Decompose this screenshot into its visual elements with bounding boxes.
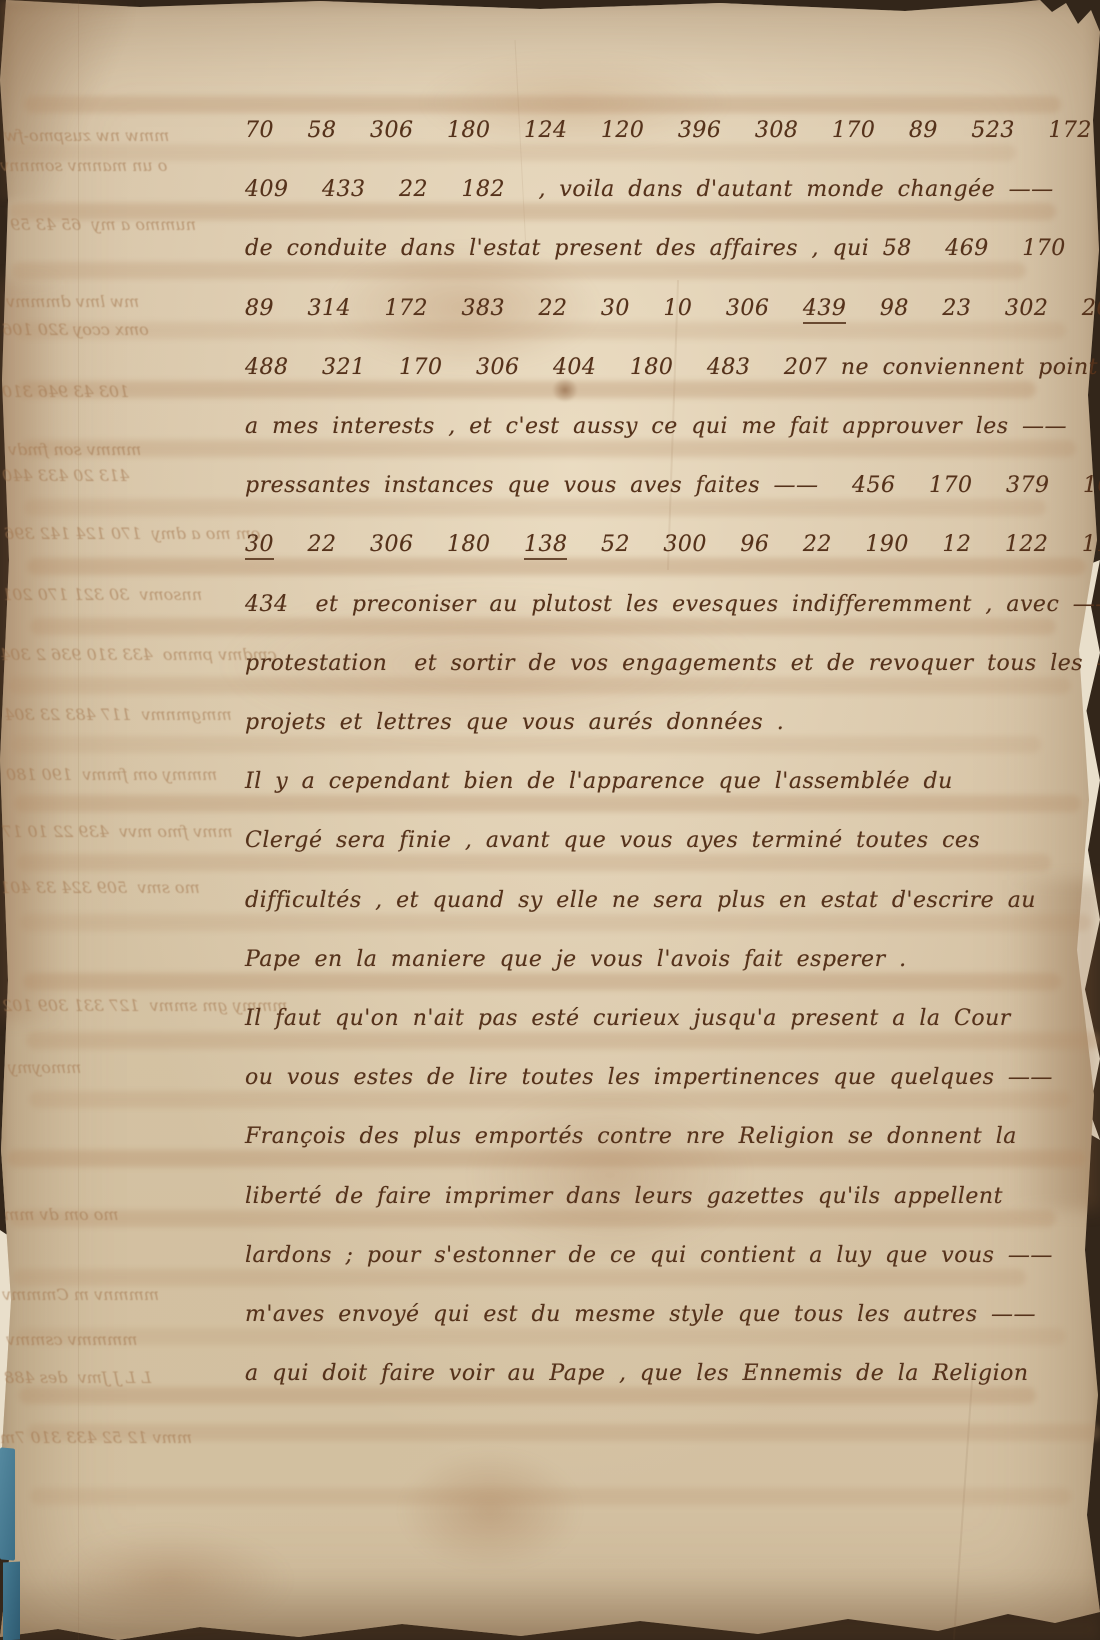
text-line: 89 314 172 383 22 30 10 306 439 98 23 30… xyxy=(245,296,1060,321)
text-segment: liberté de faire imprimer dans leurs gaz… xyxy=(245,1184,1003,1209)
text-segment: 89 314 172 383 22 30 10 306 xyxy=(245,296,803,321)
text-segment: ne conviennent point xyxy=(827,355,1098,380)
text-segment: 98 23 302 201 xyxy=(846,296,1100,321)
text-segment: 409 433 22 182 , xyxy=(245,177,546,202)
text-segment: projets et lettres que vous aurés donnée… xyxy=(245,710,784,735)
text-line: ou vous estes de lire toutes les imperti… xyxy=(245,1065,1060,1090)
text-segment: Il faut qu'on n'ait pas esté curieux jus… xyxy=(245,1006,1011,1031)
text-line: 70 58 306 180 124 120 396 308 170 89 523… xyxy=(245,118,1060,143)
text-line: a qui doit faire voir au Pape , que les … xyxy=(245,1361,1060,1386)
text-line: Pape en la maniere que je vous l'avois f… xyxy=(245,947,1060,972)
text-line: m'aves envoyé qui est du mesme style que… xyxy=(245,1302,1060,1327)
text-line: liberté de faire imprimer dans leurs gaz… xyxy=(245,1184,1060,1209)
text-segment: pressantes instances que vous aves faite… xyxy=(245,473,819,498)
text-line: projets et lettres que vous aurés donnée… xyxy=(245,710,1060,735)
text-segment: difficultés , et quand sy elle ne sera p… xyxy=(245,888,1036,913)
text-segment: 58 469 170 xyxy=(883,236,1066,261)
text-line: 434 et preconiser au plutost les evesque… xyxy=(245,592,1060,617)
text-segment: Il y a cependant bien de l'apparence que… xyxy=(245,769,953,794)
text-segment: m'aves envoyé qui est du mesme style que… xyxy=(245,1302,1036,1327)
text-segment: 488 321 170 306 404 180 483 207 xyxy=(245,355,827,380)
text-segment: voila dans d'autant monde changée —— xyxy=(546,177,1054,202)
text-segment: 434 xyxy=(245,592,289,617)
text-line: lardons ; pour s'estonner de ce qui cont… xyxy=(245,1243,1060,1268)
manuscript-scan: mmw nw zuspmo-fwo un manmv somnnvnummo a… xyxy=(0,0,1100,1640)
text-line: 409 433 22 182 , voila dans d'autant mon… xyxy=(245,177,1060,202)
text-segment: François des plus emportés contre nre Re… xyxy=(245,1124,1017,1149)
text-line: 30 22 306 180 138 52 300 96 22 190 12 12… xyxy=(245,532,1060,557)
text-segment: Clergé sera finie , avant que vous ayes … xyxy=(245,828,980,853)
text-line: pressantes instances que vous aves faite… xyxy=(245,473,1060,498)
text-line: difficultés , et quand sy elle ne sera p… xyxy=(245,888,1060,913)
text-line: protestation et sortir de vos engagement… xyxy=(245,651,1060,676)
text-segment: a qui doit faire voir au Pape , que les … xyxy=(245,1361,1029,1386)
text-line: a mes interests , et c'est aussy ce qui … xyxy=(245,414,1060,439)
text-line: Clergé sera finie , avant que vous ayes … xyxy=(245,828,1060,853)
text-line: de conduite dans l'estat present des aff… xyxy=(245,236,1060,261)
text-segment: 70 58 306 180 124 120 396 308 170 89 523… xyxy=(245,118,1100,143)
text-segment: lardons ; pour s'estonner de ce qui cont… xyxy=(245,1243,1053,1268)
text-segment: de conduite dans l'estat present des aff… xyxy=(245,236,883,261)
text-segment: 52 300 96 22 190 12 122 118 xyxy=(567,532,1100,557)
text-segment: 22 306 180 xyxy=(274,532,524,557)
text-segment: protestation et sortir de vos engagement… xyxy=(245,651,1100,676)
text-segment: 456 170 379 101 xyxy=(819,473,1100,498)
text-line: Il y a cependant bien de l'apparence que… xyxy=(245,769,1060,794)
text-line: François des plus emportés contre nre Re… xyxy=(245,1124,1060,1149)
text-segment: a mes interests , et c'est aussy ce qui … xyxy=(245,414,1067,439)
text-line: Il faut qu'on n'ait pas esté curieux jus… xyxy=(245,1006,1060,1031)
binding-ribbon-bottom xyxy=(3,1562,20,1640)
binding-ribbon-top xyxy=(0,1447,15,1560)
underlined-cipher-number: 138 xyxy=(524,532,568,560)
text-segment: Pape en la maniere que je vous l'avois f… xyxy=(245,947,907,972)
underlined-cipher-number: 30 xyxy=(245,532,274,560)
text-segment: et preconiser au plutost les evesques in… xyxy=(289,592,1100,617)
underlined-cipher-number: 439 xyxy=(803,296,847,324)
text-segment: ou vous estes de lire toutes les imperti… xyxy=(245,1065,1053,1090)
text-line: 488 321 170 306 404 180 483 207 ne convi… xyxy=(245,355,1060,380)
